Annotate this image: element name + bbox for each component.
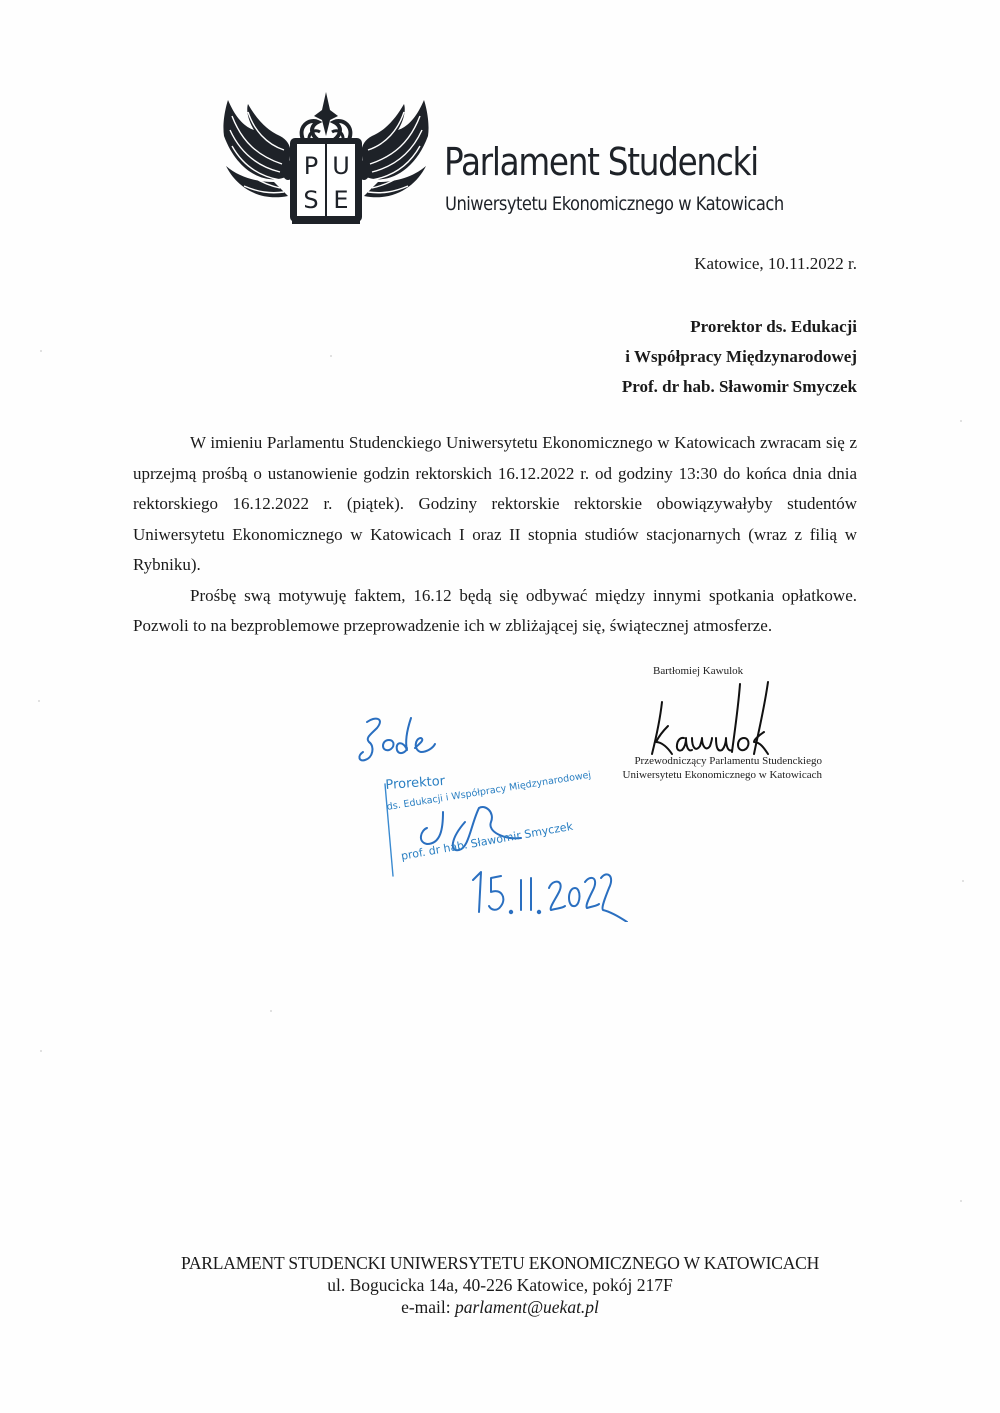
organization-title: Parlament Studencki — [444, 140, 758, 184]
signer-role-line1: Przewodniczący Parlamentu Studenckiego — [607, 754, 822, 768]
svg-text:S: S — [303, 186, 318, 214]
recipient-block: Prorektor ds. Edukacji i Współpracy Międ… — [622, 312, 857, 402]
svg-text:P: P — [304, 152, 318, 180]
body-paragraph: W imieniu Parlamentu Studenckiego Uniwer… — [133, 428, 857, 581]
signer-role: Przewodniczący Parlamentu Studenckiego U… — [607, 754, 822, 782]
approval-handwriting-icon — [345, 712, 635, 922]
svg-text:U: U — [332, 152, 350, 180]
signer-role-line2: Uniwersytetu Ekonomicznego w Katowicach — [607, 768, 822, 782]
handwritten-signature-kawulok-icon — [640, 680, 770, 760]
footer-email-line: e-mail: parlament@uekat.pl — [0, 1296, 1000, 1318]
letter-date: Katowice, 10.11.2022 r. — [694, 254, 857, 274]
svg-text:E: E — [333, 186, 348, 214]
signer-printed-name: Bartłomiej Kawulok — [653, 665, 743, 677]
organization-subtitle: Uniwersytetu Ekonomicznego w Katowicach — [445, 193, 784, 215]
footer-email-label: e-mail: — [401, 1297, 455, 1317]
pseu-winged-book-logo-icon: P U S E — [218, 86, 434, 232]
recipient-name: Prof. dr hab. Sławomir Smyczek — [622, 372, 857, 402]
recipient-department: i Współpracy Międzynarodowej — [622, 342, 857, 372]
letter-body: W imieniu Parlamentu Studenckiego Uniwer… — [133, 428, 857, 642]
footer-email-link[interactable]: parlament@uekat.pl — [455, 1297, 599, 1317]
recipient-title: Prorektor ds. Edukacji — [622, 312, 857, 342]
footer-address: ul. Bogucicka 14a, 40-226 Katowice, pokó… — [0, 1274, 1000, 1296]
letter-footer: PARLAMENT STUDENCKI UNIWERSYTETU EKONOMI… — [0, 1252, 1000, 1318]
body-paragraph: Prośbę swą motywuję faktem, 16.12 będą s… — [133, 581, 857, 642]
letter-page: P U S E Parlament Studencki Uniwersytetu… — [0, 0, 1000, 1413]
footer-organization: PARLAMENT STUDENCKI UNIWERSYTETU EKONOMI… — [0, 1252, 1000, 1274]
